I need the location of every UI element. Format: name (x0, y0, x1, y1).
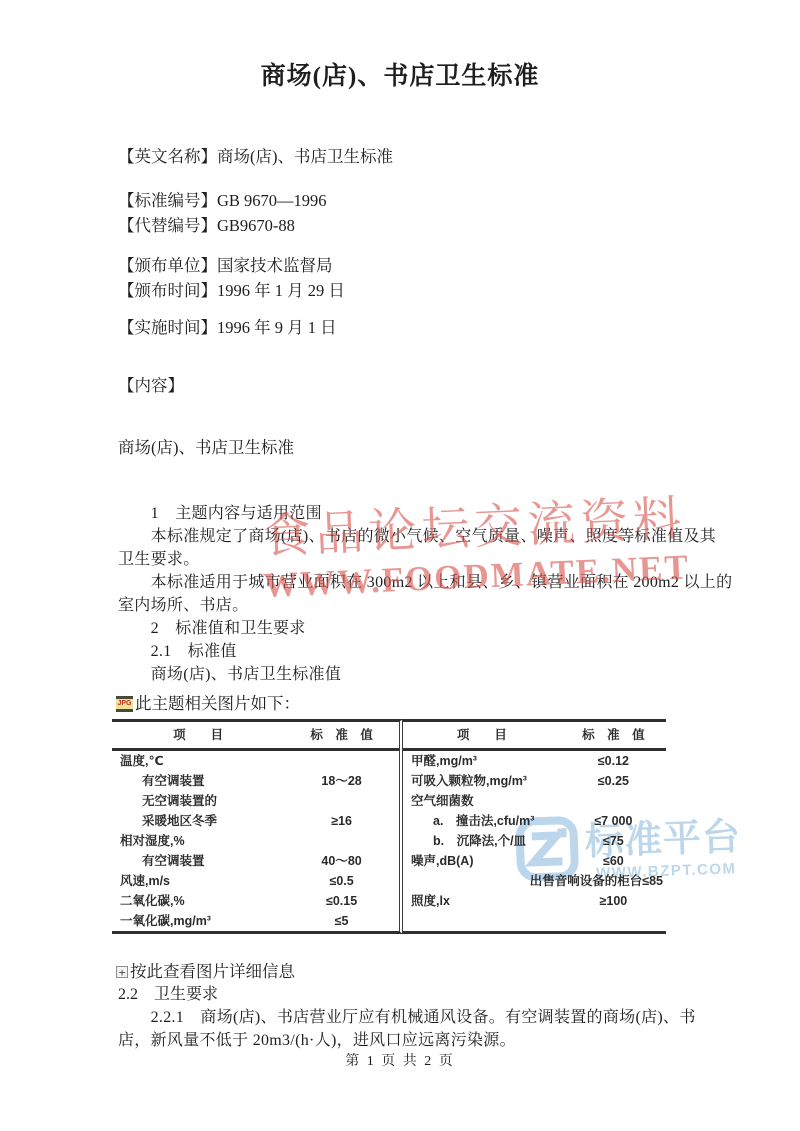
meta-impl-date: 【实施时间】1996 年 9 月 1 日 (118, 315, 800, 340)
body-text: 1 主题内容与适用范围 本标准规定了商场(店)、书店的微小气候、空气质量、噪声、… (118, 502, 800, 686)
table-row: 相对湿度,% (112, 831, 399, 851)
content-subtitle: 商场(店)、书店卫生标准 (118, 435, 800, 460)
row-label: 无空调装置的 (112, 791, 284, 811)
document-page: 商场(店)、书店卫生标准 【英文名称】商场(店)、书店卫生标准 【标准编号】GB… (0, 0, 800, 1131)
body-line: 2.1 标准值 (118, 640, 800, 663)
table-rows: 甲醛,mg/m³ ≤0.12 可吸入颗粒物,mg/m³ ≤0.25 空气细菌数 (403, 751, 666, 911)
image-note-text: 此主题相关图片如下： (135, 692, 300, 715)
row-label: b. 沉降法,个/皿 (403, 831, 561, 851)
page-title: 商场(店)、书店卫生标准 (0, 0, 800, 94)
body-line: 商场(店)、书店卫生标准值 (118, 663, 800, 686)
row-value: ≤0.5 (284, 871, 399, 891)
row-label: 有空调装置 (112, 851, 284, 871)
image-detail-link[interactable]: 按此查看图片详细信息 (130, 960, 295, 983)
meta-issue-date: 【颁布时间】1996 年 1 月 29 日 (118, 278, 800, 303)
body-line: 2 标准值和卫生要求 (118, 617, 800, 640)
row-label: 噪声,dB(A) (403, 851, 561, 871)
table-row: 有空调装置 40～80 (112, 851, 399, 871)
paragraph-2-2-1: 2.2.1 商场(店)、书店营业厅应有机械通风设备。有空调装置的商场(店)、书 … (118, 1006, 800, 1052)
row-label: 有空调装置 (112, 771, 284, 791)
paragraph-line: 2.2.1 商场(店)、书店营业厅应有机械通风设备。有空调装置的商场(店)、书 (118, 1006, 800, 1029)
body-line: 卫生要求。 (118, 548, 800, 571)
body-line: 室内场所、书店。 (118, 594, 800, 617)
table-row: a. 撞击法,cfu/m³ ≤7 000 (403, 811, 666, 831)
standards-table-image: 项 目 标 准 值 温度,℃ 有空调装置 18～28 (112, 719, 666, 934)
column-header-value: 标 准 值 (284, 722, 399, 748)
table-row: 采暖地区冬季 ≥16 (112, 811, 399, 831)
row-label: 空气细菌数 (403, 791, 561, 811)
row-label: 二氧化碳,% (112, 891, 284, 911)
row-value: 40～80 (284, 851, 399, 871)
image-detail-link-line: + 按此查看图片详细信息 (116, 960, 800, 983)
table-header: 项 目 标 准 值 (403, 722, 666, 751)
column-header-item: 项 目 (403, 722, 561, 748)
standards-table-left: 项 目 标 准 值 温度,℃ 有空调装置 18～28 (112, 719, 403, 934)
page-number: 第 1 页 共 2 页 (0, 1054, 800, 1070)
row-value (284, 831, 399, 851)
row-label: 可吸入颗粒物,mg/m³ (403, 771, 561, 791)
table-row: 无空调装置的 (112, 791, 399, 811)
row-value: ≥100 (561, 891, 666, 911)
table-rows: 温度,℃ 有空调装置 18～28 无空调装置的 (112, 751, 399, 931)
row-value: ≥16 (284, 811, 399, 831)
row-value (284, 751, 399, 771)
paragraph-line: 店，新风量不低于 20m3/(h·人)，进风口应远离污染源。 (118, 1029, 800, 1052)
row-value: ≤5 (284, 911, 399, 931)
column-header-item: 项 目 (112, 722, 284, 748)
row-label: 温度,℃ (112, 751, 284, 771)
section-2-2-heading: 2.2 卫生要求 (118, 983, 800, 1006)
table-row: 二氧化碳,% ≤0.15 (112, 891, 399, 911)
row-label: 相对湿度,% (112, 831, 284, 851)
table-row: 一氧化碳,mg/m³ ≤5 (112, 911, 399, 931)
table-row: 可吸入颗粒物,mg/m³ ≤0.25 (403, 771, 666, 791)
table-row: b. 沉降法,个/皿 ≤75 (403, 831, 666, 851)
body-line: 本标准规定了商场(店)、书店的微小气候、空气质量、噪声、照度等标准值及其 (118, 525, 800, 548)
table-header: 项 目 标 准 值 (112, 722, 399, 751)
row-label: 采暖地区冬季 (112, 811, 284, 831)
row-label: 风速,m/s (112, 871, 284, 891)
row-value: 出售音响设备的柜台≤85 (403, 871, 666, 891)
row-value: ≤0.25 (561, 771, 666, 791)
meta-block: 【英文名称】商场(店)、书店卫生标准 【标准编号】GB 9670—1996 【代… (118, 144, 800, 398)
row-value: ≤0.12 (561, 751, 666, 771)
table-row: 有空调装置 18～28 (112, 771, 399, 791)
expand-plus-icon[interactable]: + (116, 966, 128, 978)
meta-replaced-number: 【代替编号】GB9670-88 (118, 213, 800, 238)
column-header-value: 标 准 值 (561, 722, 666, 748)
standards-table-right: 项 目 标 准 值 甲醛,mg/m³ ≤0.12 可吸入颗粒物,mg/m³ ≤0… (403, 719, 666, 934)
row-value: 18～28 (284, 771, 399, 791)
body-line: 1 主题内容与适用范围 (118, 502, 800, 525)
table-row: 空气细菌数 (403, 791, 666, 811)
table-row: 出售音响设备的柜台≤85 (403, 871, 666, 891)
table-row: 风速,m/s ≤0.5 (112, 871, 399, 891)
row-value: ≤75 (561, 831, 666, 851)
row-value: ≤60 (561, 851, 666, 871)
image-note-line: JPG 此主题相关图片如下： (116, 692, 800, 715)
table-row: 噪声,dB(A) ≤60 (403, 851, 666, 871)
row-value: ≤0.15 (284, 891, 399, 911)
body-line: 本标准适用于城市营业面积在 300m2 以上和县、乡、镇营业面积在 200m2 … (118, 571, 800, 594)
jpg-file-icon: JPG (116, 696, 133, 712)
meta-content-label: 【内容】 (118, 373, 800, 398)
row-label: 甲醛,mg/m³ (403, 751, 561, 771)
table-row: 照度,lx ≥100 (403, 891, 666, 911)
row-label: 一氧化碳,mg/m³ (112, 911, 284, 931)
meta-english-name: 【英文名称】商场(店)、书店卫生标准 (118, 144, 800, 169)
table-row: 甲醛,mg/m³ ≤0.12 (403, 751, 666, 771)
meta-issuing-org: 【颁布单位】国家技术监督局 (118, 253, 800, 278)
row-label: 照度,lx (403, 891, 561, 911)
standards-table: 项 目 标 准 值 温度,℃ 有空调装置 18～28 (112, 719, 666, 934)
row-value: ≤7 000 (561, 811, 666, 831)
row-label: a. 撞击法,cfu/m³ (403, 811, 561, 831)
row-value (284, 791, 399, 811)
table-row: 温度,℃ (112, 751, 399, 771)
meta-standard-number: 【标准编号】GB 9670—1996 (118, 188, 800, 213)
row-value (561, 791, 666, 811)
